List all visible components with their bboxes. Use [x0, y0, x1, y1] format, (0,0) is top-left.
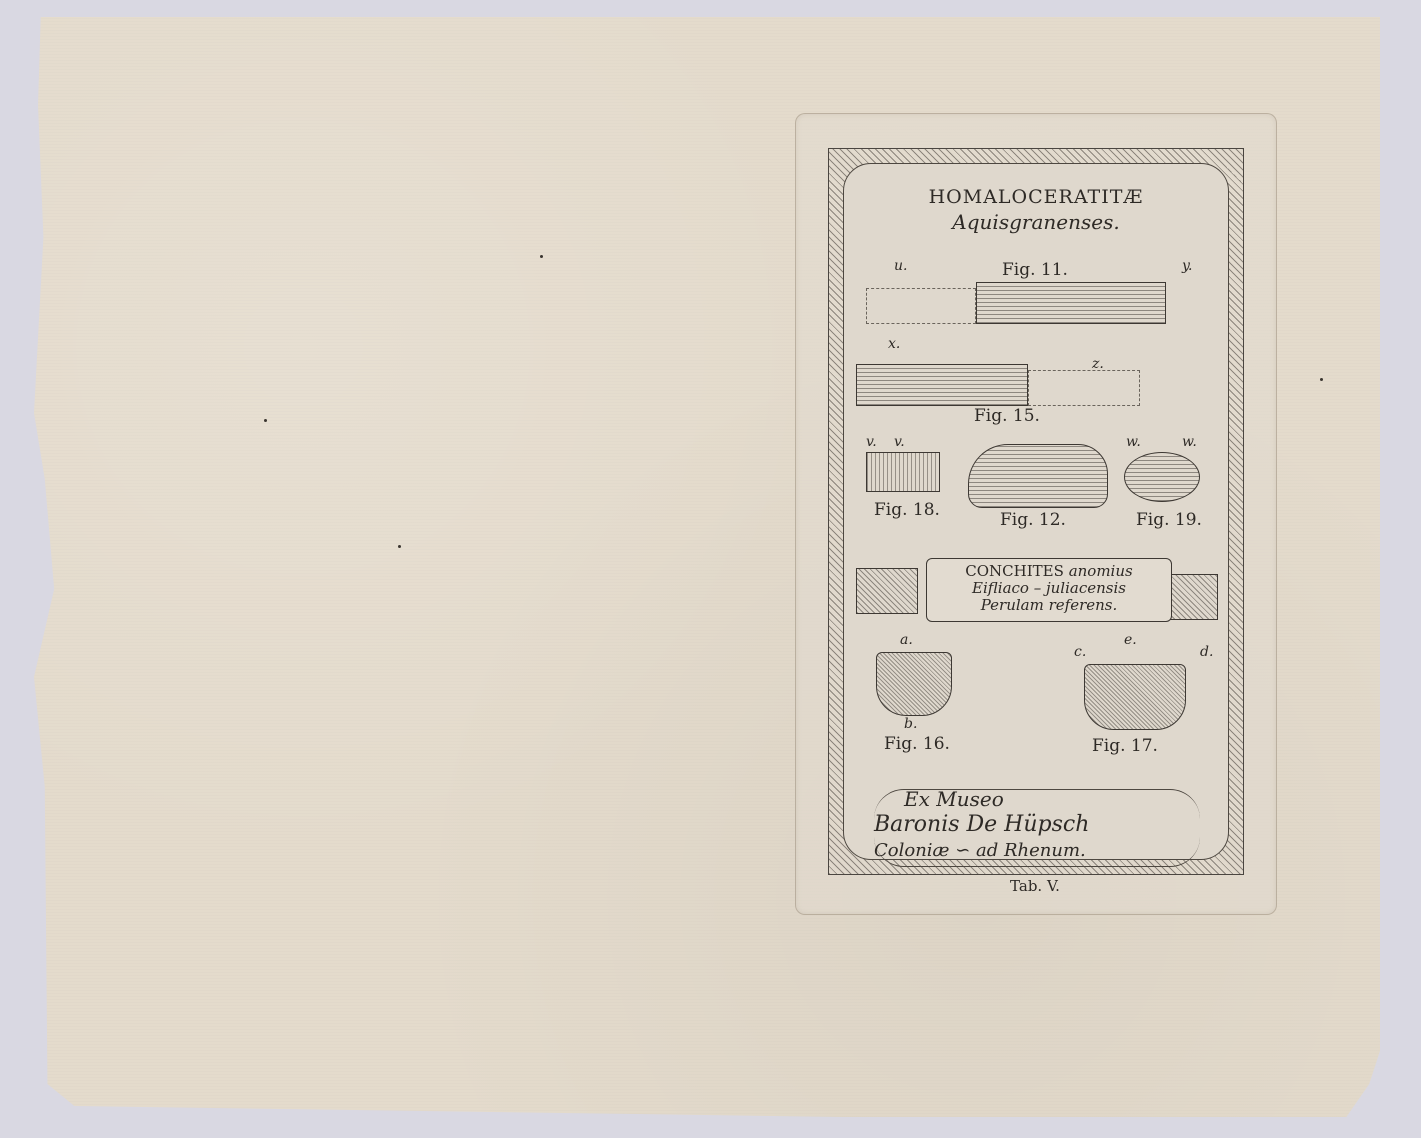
marker-w: w. [1182, 434, 1197, 450]
marker-x: x. [888, 336, 900, 352]
marker-e: e. [1124, 632, 1137, 648]
paper-speck [264, 419, 267, 422]
marker-y: y. [1182, 258, 1193, 274]
fig-15-dashed-restoration [1028, 370, 1140, 406]
fig-18-segment [866, 452, 940, 492]
banner-line2: Eifliaco – juliacensis [972, 579, 1126, 597]
ribbon-left-end [856, 568, 918, 614]
marker-b: b. [904, 716, 917, 732]
plate-title: HOMALOCERATITÆ [844, 186, 1228, 208]
banner-line3: Perulam referens. [981, 596, 1118, 614]
fig-11-fossil [976, 282, 1166, 324]
fig-18-label: Fig. 18. [874, 500, 940, 520]
banner-italic: anomius [1069, 562, 1133, 580]
fig-11-label: Fig. 11. [1002, 260, 1068, 280]
imprint-line2: Baronis De Hüpsch [874, 812, 1089, 838]
marker-a: a. [900, 632, 913, 648]
fig-19-cross-section [1124, 452, 1200, 502]
fig-15-fossil [856, 364, 1028, 406]
marker-w: w. [1126, 434, 1141, 450]
imprint-line1: Ex Museo [904, 786, 1004, 812]
plate-subtitle: Aquisgranenses. [844, 210, 1228, 234]
paper-speck [398, 545, 401, 548]
banner-caps: CONCHITES [965, 562, 1064, 580]
plate-number: Tab. V. [795, 877, 1275, 895]
marker-u: u. [894, 258, 907, 274]
fig-11-dashed-restoration [866, 288, 976, 324]
engraving-field: HOMALOCERATITÆ Aquisgranenses. u. y. Fig… [843, 163, 1229, 860]
fig-16-label: Fig. 16. [884, 734, 950, 754]
paper-speck [1320, 378, 1323, 381]
banner-text: CONCHITES anomius Eifliaco – juliacensis… [933, 563, 1165, 614]
imprint-line3: Coloniæ ∽ ad Rhenum. [874, 838, 1086, 864]
marker-v: v. [866, 434, 877, 450]
fig-17-label: Fig. 17. [1092, 736, 1158, 756]
fig-16-shell [876, 652, 952, 716]
engraving-frame: HOMALOCERATITÆ Aquisgranenses. u. y. Fig… [828, 148, 1244, 875]
fig-15-label: Fig. 15. [974, 406, 1040, 426]
paper-speck [540, 255, 543, 258]
fig-12-label: Fig. 12. [1000, 510, 1066, 530]
marker-c: c. [1074, 644, 1086, 660]
fig-17-shell [1084, 664, 1186, 730]
fig-19-label: Fig. 19. [1136, 510, 1202, 530]
marker-v: v. [894, 434, 905, 450]
fig-12-fossil [968, 444, 1108, 508]
conchites-banner: CONCHITES anomius Eifliaco – juliacensis… [926, 558, 1172, 622]
marker-d: d. [1200, 644, 1213, 660]
